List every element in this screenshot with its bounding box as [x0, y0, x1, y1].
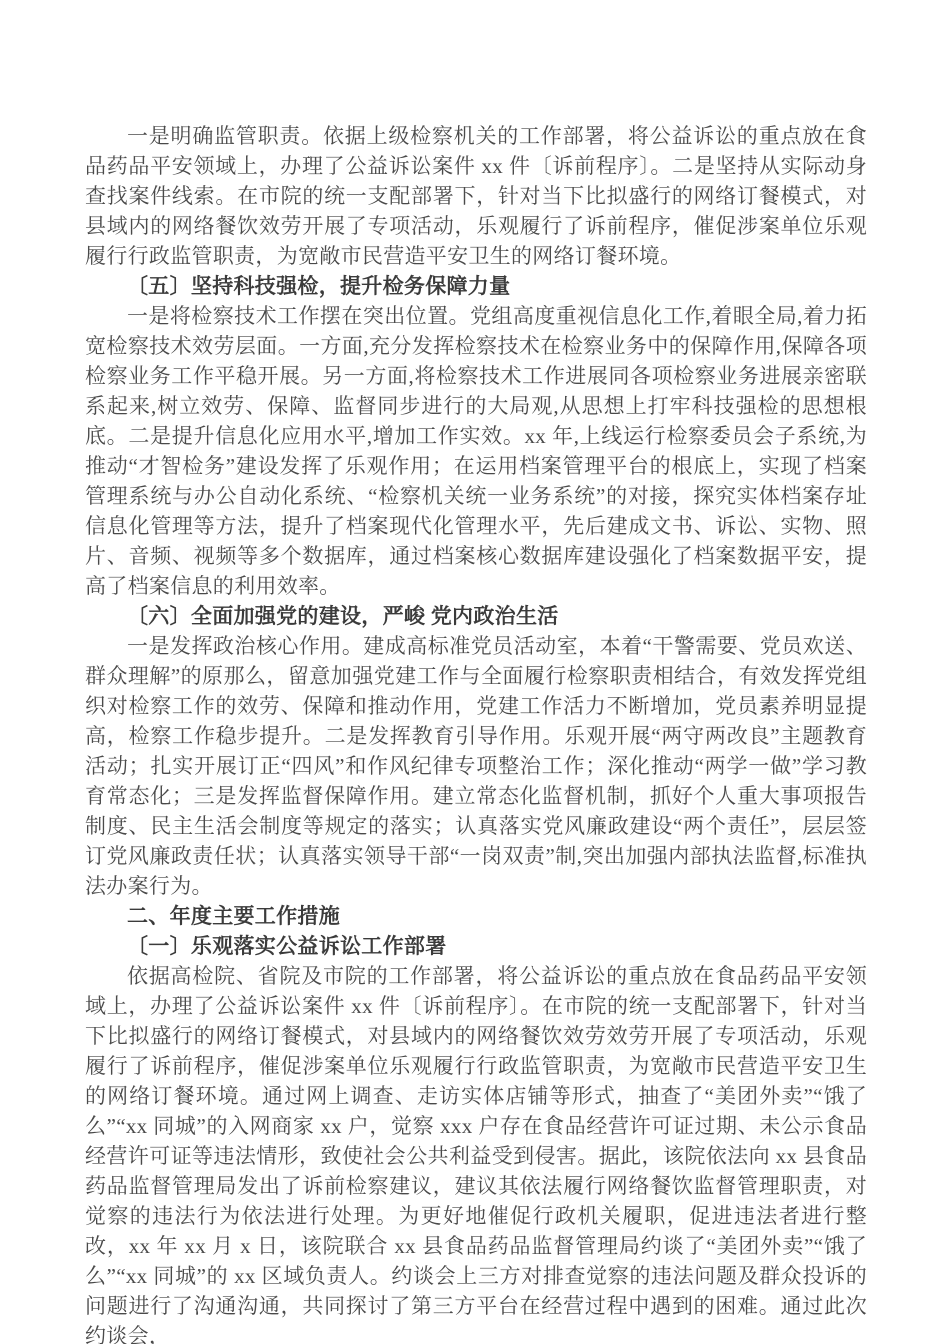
- paragraph-tech-and-informatization: 一是将检察技术工作摆在突出位置。党组高度重视信息化工作,着眼全局,着力拓宽检察技…: [85, 301, 867, 601]
- heading-section-6-party-building: 〔六〕全面加强党的建设，严峻 党内政治生活: [85, 601, 867, 631]
- document-content: 一是明确监管职责。依据上级检察机关的工作部署，将公益诉讼的重点放在食品药品平安领…: [85, 121, 867, 1344]
- heading-subsection-1-public-interest-litigation: 〔一〕乐观落实公益诉讼工作部署: [85, 931, 867, 961]
- paragraph-party-building-roles: 一是发挥政治核心作用。建成高标准党员活动室，本着“干警需要、党员欢送、群众理解”…: [85, 631, 867, 901]
- heading-annual-main-measures: 二、年度主要工作措施: [85, 901, 867, 931]
- document-page: 一是明确监管职责。依据上级检察机关的工作部署，将公益诉讼的重点放在食品药品平安领…: [0, 0, 950, 1344]
- heading-section-5-tech-strengthening: 〔五〕坚持科技强检，提升检务保障力量: [85, 271, 867, 301]
- paragraph-public-interest-litigation-detail: 依据高检院、省院及市院的工作部署，将公益诉讼的重点放在食品药品平安领域上，办理了…: [85, 961, 867, 1344]
- paragraph-regulatory-duties: 一是明确监管职责。依据上级检察机关的工作部署，将公益诉讼的重点放在食品药品平安领…: [85, 121, 867, 271]
